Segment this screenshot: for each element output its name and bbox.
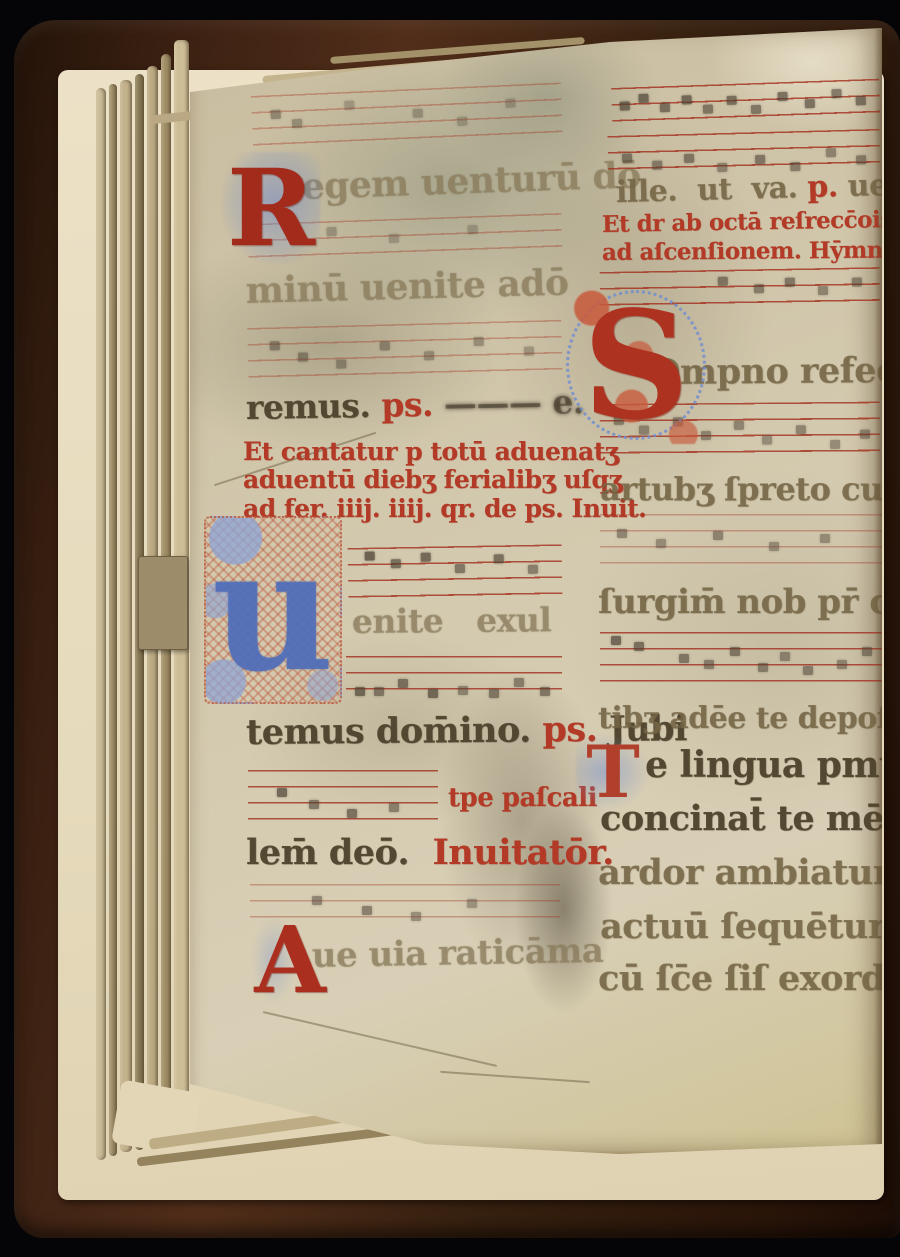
neume xyxy=(652,161,662,170)
neume xyxy=(717,277,727,286)
neume xyxy=(860,430,870,439)
chant-text: egem uenturū dō xyxy=(301,154,641,208)
neume xyxy=(717,162,727,171)
neume xyxy=(528,565,538,574)
chant-text-line: ue uia raticāma xyxy=(312,934,563,990)
neume xyxy=(703,104,713,113)
leaf-edge xyxy=(109,84,117,1156)
neume xyxy=(620,101,630,110)
chant-text-line: artubʒ ſpreto cubili xyxy=(600,472,884,512)
chant-text-line: actuū ſequēturʒ xyxy=(600,908,888,956)
neume xyxy=(505,98,515,107)
rubric-text: p. xyxy=(807,169,848,205)
chant-text: enite exul xyxy=(352,600,552,641)
neume xyxy=(455,564,465,573)
chant-text-line: e lingua pmūʒ xyxy=(645,746,885,794)
stave-lines xyxy=(611,79,880,134)
neume xyxy=(336,360,346,369)
neume xyxy=(820,534,830,543)
neume xyxy=(270,110,280,119)
neume xyxy=(796,425,806,434)
neume xyxy=(457,116,467,125)
neume xyxy=(681,96,691,105)
neume xyxy=(312,896,322,905)
rubric-line: Et dr ab octā reſrecc̄ois uſqʒ xyxy=(602,207,888,238)
neume xyxy=(389,234,399,243)
neume xyxy=(634,642,644,651)
neume xyxy=(754,284,764,293)
chant-text: ſurgim̄ nob pr̄ cane xyxy=(598,582,900,622)
neume xyxy=(617,529,627,538)
neume xyxy=(467,225,477,234)
initial-letter: R xyxy=(236,158,306,258)
neume xyxy=(830,440,840,449)
chant-text: ille. ut va. xyxy=(615,170,807,210)
neume xyxy=(540,687,550,696)
illuminated-initial-s: S xyxy=(562,286,710,444)
neume xyxy=(611,636,621,645)
neume xyxy=(751,104,761,113)
neume xyxy=(734,421,744,430)
neume xyxy=(374,687,384,696)
music-stave xyxy=(611,79,880,134)
neume xyxy=(344,100,354,109)
music-stave xyxy=(348,544,563,598)
neume xyxy=(298,353,308,362)
chant-text: tibʒ adēe te depoſcim̄ xyxy=(598,701,900,736)
stave-lines xyxy=(247,320,562,382)
neume xyxy=(420,552,430,561)
chant-text: artubʒ ſpreto cubili xyxy=(600,470,900,508)
neume xyxy=(524,347,534,356)
neume xyxy=(785,277,795,286)
neume xyxy=(762,435,772,444)
chant-text: temus dom̄ino. xyxy=(246,709,543,753)
neume xyxy=(474,337,484,346)
neume xyxy=(713,531,723,540)
neume xyxy=(514,678,524,687)
chant-text-line: lem̄ deō. Inuitatōr. xyxy=(246,834,564,882)
neume xyxy=(758,663,768,672)
chant-text: remus. xyxy=(246,386,382,427)
manuscript-photograph: egem uenturū dōminū uenite adōremus. ps.… xyxy=(0,0,900,1257)
neume xyxy=(778,92,788,101)
rubric-line: Et cantatur p totū aduenatʒ xyxy=(243,438,563,466)
chant-text-line: ardor ambiatur xyxy=(598,854,886,902)
rubric-text: Inuitatōr. xyxy=(432,832,613,873)
parchment-page: egem uenturū dōminū uenite adōremus. ps.… xyxy=(190,28,882,1158)
chant-text-line: temus dom̄ino. ps. Jubi xyxy=(246,711,564,762)
neume xyxy=(270,341,280,350)
music-stave xyxy=(346,656,562,704)
neume xyxy=(365,552,375,561)
neume xyxy=(856,96,866,105)
illuminated-initial-u: u xyxy=(204,516,342,704)
neume xyxy=(769,542,779,551)
rubric-text: ad aſcenſionem. Hȳmnus xyxy=(602,236,900,266)
neume xyxy=(727,96,737,105)
chant-text: lem̄ deō. xyxy=(246,832,432,873)
neume xyxy=(398,679,408,688)
neume xyxy=(852,278,862,287)
neume xyxy=(362,906,372,915)
neume xyxy=(489,689,499,698)
music-stave xyxy=(248,770,438,824)
parchment-crack xyxy=(263,1011,497,1066)
chant-text-line: ſurgim̄ nob pr̄ cane xyxy=(598,584,886,628)
neume xyxy=(660,103,670,112)
illuminated-initial-r: R xyxy=(236,158,306,258)
neume xyxy=(347,809,357,818)
chant-text: cū ſc̄e ſiſ exordiū. xyxy=(598,958,900,999)
initial-letter: T xyxy=(584,738,642,806)
chant-text-line: cū ſc̄e ſiſ exordiū. xyxy=(598,960,888,1008)
parchment-crack xyxy=(440,1071,590,1083)
chant-text-line: minū uenite adō xyxy=(245,264,562,322)
neume xyxy=(622,154,632,163)
music-stave xyxy=(247,320,562,382)
chant-text: e lingua pmūʒ xyxy=(645,744,900,786)
neume xyxy=(277,788,287,797)
neume xyxy=(656,539,666,548)
rubric-line: tpe paſcali xyxy=(448,784,578,818)
leaf-edge xyxy=(120,80,132,1152)
neume xyxy=(411,912,421,921)
initial-letter: u xyxy=(204,516,342,704)
neume xyxy=(805,99,815,108)
rubric-text: tpe paſcali xyxy=(448,783,597,813)
neume xyxy=(309,800,319,809)
neume xyxy=(413,109,423,118)
neume xyxy=(837,660,847,669)
neume xyxy=(831,89,841,98)
chant-text-line: enite exul xyxy=(352,602,562,650)
chant-text: ardor ambiatur xyxy=(598,852,891,893)
music-stave xyxy=(600,514,882,572)
stave-lines xyxy=(346,656,562,704)
neume xyxy=(825,148,835,157)
neume xyxy=(389,803,399,812)
neume xyxy=(428,689,438,698)
chant-text: ue uia raticāma xyxy=(312,931,604,976)
chant-text-line: egem uenturū dō xyxy=(301,159,561,218)
initial-letter: S xyxy=(562,286,710,444)
parchment-tab xyxy=(138,556,188,650)
rubric-line: aduentū diebʒ ferialibʒ uſqʒ xyxy=(243,466,563,494)
neume xyxy=(862,647,872,656)
neume xyxy=(638,94,648,103)
neume xyxy=(458,686,468,695)
initial-letter: A xyxy=(262,916,318,1004)
chant-text-line: remus. ps. ——— e. xyxy=(246,384,563,434)
rubric-text: aduentū diebʒ ferialibʒ uſqʒ xyxy=(243,465,622,494)
music-stave xyxy=(600,632,882,694)
neume xyxy=(684,154,694,163)
neume xyxy=(755,155,765,164)
stave-lines xyxy=(600,514,882,572)
neume xyxy=(380,341,390,350)
neume xyxy=(424,351,434,360)
neume xyxy=(803,666,813,675)
chant-text: actuū ſequēturʒ xyxy=(600,906,900,947)
neume xyxy=(679,654,689,663)
neume xyxy=(292,119,302,128)
neume xyxy=(467,899,477,908)
neume xyxy=(730,647,740,656)
rubric-text: Et dr ab octā reſrecc̄ois uſqʒ xyxy=(602,205,900,238)
illuminated-initial-a: A xyxy=(262,916,318,1004)
neume xyxy=(391,559,401,568)
music-stave xyxy=(251,83,563,148)
illuminated-initial-t: T xyxy=(584,738,642,806)
rubric-text: ps. xyxy=(381,385,444,425)
neume xyxy=(704,660,714,669)
leaf-edge xyxy=(96,88,106,1160)
neume xyxy=(493,554,503,563)
neume xyxy=(856,156,866,165)
rubric-line: ad aſcenſionem. Hȳmnus xyxy=(602,238,888,266)
neume xyxy=(780,652,790,661)
stave-lines xyxy=(248,770,438,824)
neume xyxy=(326,227,336,236)
neume xyxy=(818,286,828,295)
stave-lines xyxy=(251,83,563,148)
neume xyxy=(355,687,365,696)
